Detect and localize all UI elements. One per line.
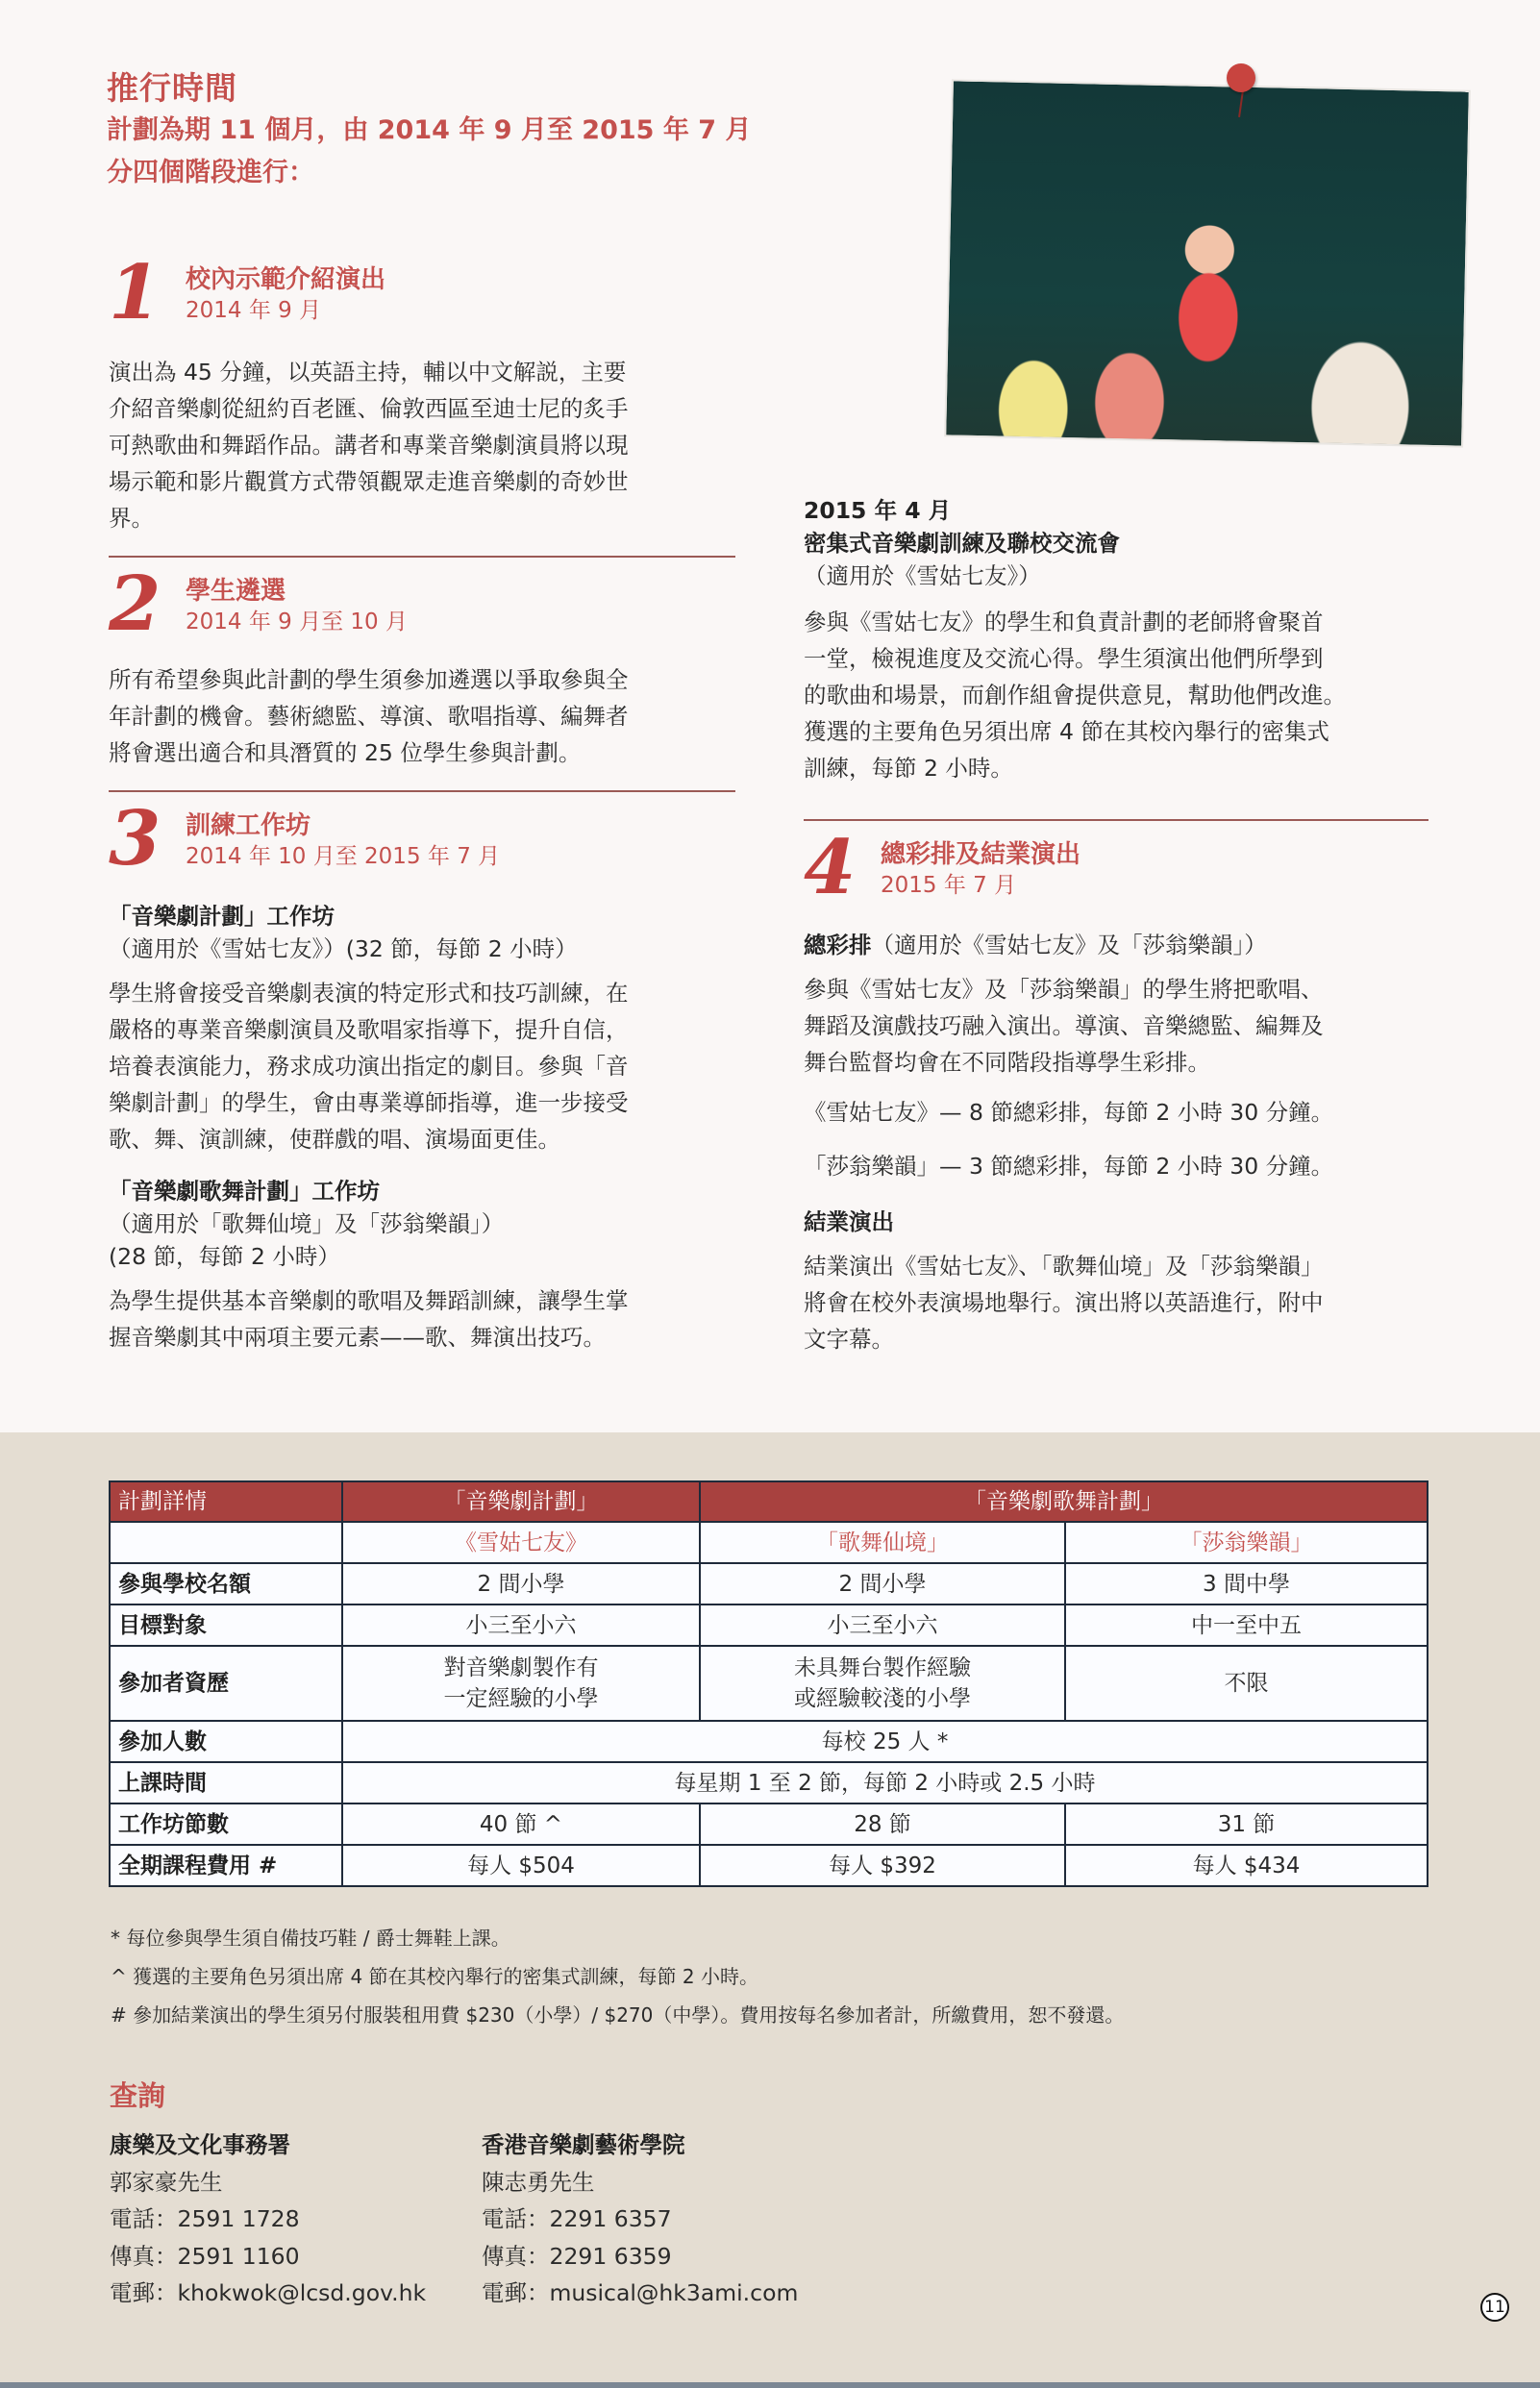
rehearsal-description: 參與《雪姑七友》及「莎翁樂韻」的學生將把歌唱、 舞蹈及演戲技巧融入演出。導演、音… [804, 971, 1438, 1081]
table-row: 上課時間 每星期 1 至 2 節，每節 2 小時或 2.5 小時 [110, 1762, 1428, 1803]
table-row-shows: 《雪姑七友》 「歌舞仙境」 「莎翁樂韻」 [110, 1522, 1428, 1563]
page-edge [0, 2382, 1540, 2388]
workshop-title: 「音樂劇歌舞計劃」工作坊 [109, 1175, 743, 1207]
table-row: 工作坊節數 40 節 ^ 28 節 31 節 [110, 1803, 1428, 1845]
stage-date: 2014 年 9 月至 10 月 [186, 608, 408, 636]
intensive-date: 2015 年 4 月 [804, 494, 1438, 527]
rehearsal-heading: 總彩排（適用於《雪姑七友》及「莎翁樂韻」） [804, 929, 1438, 961]
stage-title: 學生遴選 [186, 575, 286, 608]
table-header: 「音樂劇歌舞計劃」 [700, 1481, 1428, 1522]
workshop-song-dance: 「音樂劇歌舞計劃」工作坊 （適用於「歌舞仙境」及「莎翁樂韻」） (28 節，每節… [109, 1175, 743, 1356]
table-row: 全期課程費用 # 每人 $504 每人 $392 每人 $434 [110, 1845, 1428, 1886]
stage-title: 總彩排及結業演出 [881, 838, 1080, 871]
contact-email[interactable]: 電郵：khokwok@lcsd.gov.hk [110, 2275, 426, 2312]
table-header: 計劃詳情 [110, 1481, 342, 1522]
show-wonderland: 「歌舞仙境」 [700, 1522, 1065, 1563]
contact-hk3ami: 香港音樂劇藝術學院 陳志勇先生 電話：2291 6357 傳真：2291 635… [482, 2127, 798, 2312]
contact-lcsd: 康樂及文化事務署 郭家豪先生 電話：2591 1728 傳真：2591 1160… [110, 2127, 426, 2312]
intensive-description: 參與《雪姑七友》的學生和負責計劃的老師將會聚首 一堂，檢視進度及交流心得。學生須… [804, 604, 1438, 786]
rehearsal-shakespeare: 「莎翁樂韻」— 3 節總彩排，每節 2 小時 30 分鐘。 [804, 1148, 1438, 1184]
table-row: 參加人數 每校 25 人 * [110, 1721, 1428, 1762]
workshop-title: 「音樂劇計劃」工作坊 [109, 900, 743, 933]
intro: 推行時間 計劃為期 11 個月，由 2014 年 9 月至 2015 年 7 月… [107, 67, 837, 194]
programme-details-table: 計劃詳情 「音樂劇計劃」 「音樂劇歌舞計劃」 《雪姑七友》 「歌舞仙境」 「莎翁… [109, 1480, 1428, 1887]
table-row: 目標對象 小三至小六 小三至小六 中一至中五 [110, 1604, 1428, 1646]
contact-email[interactable]: 電郵：musical@hk3ami.com [482, 2275, 798, 2312]
table-row: 參與學校名額 2 間小學 2 間小學 3 間中學 [110, 1563, 1428, 1604]
performance-photo [944, 79, 1471, 447]
divider [804, 819, 1428, 821]
enquiry-heading: 查詢 [110, 2075, 165, 2114]
footnotes: * 每位參與學生須自備技巧鞋 / 爵士舞鞋上課。 ^ 獲選的主要角色另須出席 4… [111, 1919, 1124, 2034]
stage-description: 演出為 45 分鐘，以英語主持，輔以中文解説，主要 介紹音樂劇從紐約百老匯、倫敦… [109, 354, 743, 536]
footnote-caret: ^ 獲選的主要角色另須出席 4 節在其校內舉行的密集式訓練，每節 2 小時。 [111, 1957, 1124, 1996]
page-number: 11 [1480, 2293, 1509, 2322]
stage-number: 3 [109, 796, 161, 883]
table-header: 「音樂劇計劃」 [342, 1481, 700, 1522]
contact-phone: 電話：2591 1728 [110, 2201, 426, 2238]
contact-name: 郭家豪先生 [110, 2164, 426, 2201]
pin-icon [1227, 63, 1255, 92]
final-title: 結業演出 [804, 1206, 1438, 1238]
stage-number: 2 [109, 561, 161, 648]
rehearsal-title: 總彩排 [804, 932, 872, 958]
intro-phases: 分四個階段進行： [107, 152, 837, 194]
rehearsal-snow-white: 《雪姑七友》— 8 節總彩排，每節 2 小時 30 分鐘。 [804, 1094, 1438, 1131]
stage-number: 1 [109, 250, 161, 336]
rehearsal-note: （適用於《雪姑七友》及「莎翁樂韻」） [872, 932, 1267, 958]
show-shakespeare: 「莎翁樂韻」 [1065, 1522, 1428, 1563]
contact-fax: 傳真：2591 1160 [110, 2238, 426, 2276]
footnote-hash: # 參加結業演出的學生須另付服裝租用費 $230（小學）/ $270（中學）。費… [111, 1996, 1124, 2034]
contact-phone: 電話：2291 6357 [482, 2201, 798, 2238]
intensive-note: （適用於《雪姑七友》） [804, 560, 1438, 592]
contact-fax: 傳真：2291 6359 [482, 2238, 798, 2276]
section-heading: 推行時間 [107, 67, 837, 110]
footnote-asterisk: * 每位參與學生須自備技巧鞋 / 爵士舞鞋上課。 [111, 1919, 1124, 1957]
contact-org: 康樂及文化事務署 [110, 2127, 426, 2164]
workshop-description: 為學生提供基本音樂劇的歌唱及舞蹈訓練，讓學生掌 握音樂劇其中兩項主要元素——歌、… [109, 1282, 743, 1356]
table-header-row: 計劃詳情 「音樂劇計劃」 「音樂劇歌舞計劃」 [110, 1481, 1428, 1522]
stage-4: 4 總彩排及結業演出 2015 年 7 月 總彩排（適用於《雪姑七友》及「莎翁樂… [804, 833, 1438, 1357]
stage-number: 4 [804, 825, 856, 911]
final-description: 結業演出《雪姑七友》、「歌舞仙境」及「莎翁樂韻」 將會在校外表演場地舉行。演出將… [804, 1248, 1438, 1357]
stage-2: 2 學生遴選 2014 年 9 月至 10 月 所有希望參與此計劃的學生須參加遴… [109, 569, 743, 771]
workshop-note: （適用於「歌舞仙境」及「莎翁樂韻」） [109, 1207, 743, 1240]
divider [109, 790, 735, 792]
divider [109, 556, 735, 558]
intensive-title: 密集式音樂劇訓練及聯校交流會 [804, 527, 1438, 560]
stage-date: 2014 年 9 月 [186, 296, 321, 325]
workshop-note: （適用於《雪姑七友》）(32 節，每節 2 小時） [109, 933, 743, 965]
photo-image [944, 79, 1471, 447]
stage-date: 2014 年 10 月至 2015 年 7 月 [186, 842, 500, 871]
show-snow-white: 《雪姑七友》 [342, 1522, 700, 1563]
workshop-note: (28 節，每節 2 小時） [109, 1240, 743, 1273]
stage-description: 所有希望參與此計劃的學生須參加遴選以爭取參與全 年計劃的機會。藝術總監、導演、歌… [109, 661, 743, 771]
intensive-training: 2015 年 4 月 密集式音樂劇訓練及聯校交流會 （適用於《雪姑七友》） 參與… [804, 494, 1438, 786]
stage-title: 訓練工作坊 [186, 809, 310, 842]
stage-date: 2015 年 7 月 [881, 871, 1016, 900]
stage-title: 校內示範介紹演出 [186, 263, 385, 296]
contact-org: 香港音樂劇藝術學院 [482, 2127, 798, 2164]
table-row: 參加者資歷 對音樂劇製作有一定經驗的小學 未具舞台製作經驗或經驗較淺的小學 不限 [110, 1646, 1428, 1721]
stage-1: 1 校內示範介紹演出 2014 年 9 月 演出為 45 分鐘，以英語主持，輔以… [109, 258, 743, 536]
stage-3: 3 訓練工作坊 2014 年 10 月至 2015 年 7 月 「音樂劇計劃」工… [109, 804, 743, 1356]
intro-duration: 計劃為期 11 個月，由 2014 年 9 月至 2015 年 7 月 [107, 110, 837, 152]
workshop-music-theatre: 「音樂劇計劃」工作坊 （適用於《雪姑七友》）(32 節，每節 2 小時） 學生將… [109, 900, 743, 1157]
contact-name: 陳志勇先生 [482, 2164, 798, 2201]
workshop-description: 學生將會接受音樂劇表演的特定形式和技巧訓練，在 嚴格的專業音樂劇演員及歌唱家指導… [109, 975, 743, 1157]
